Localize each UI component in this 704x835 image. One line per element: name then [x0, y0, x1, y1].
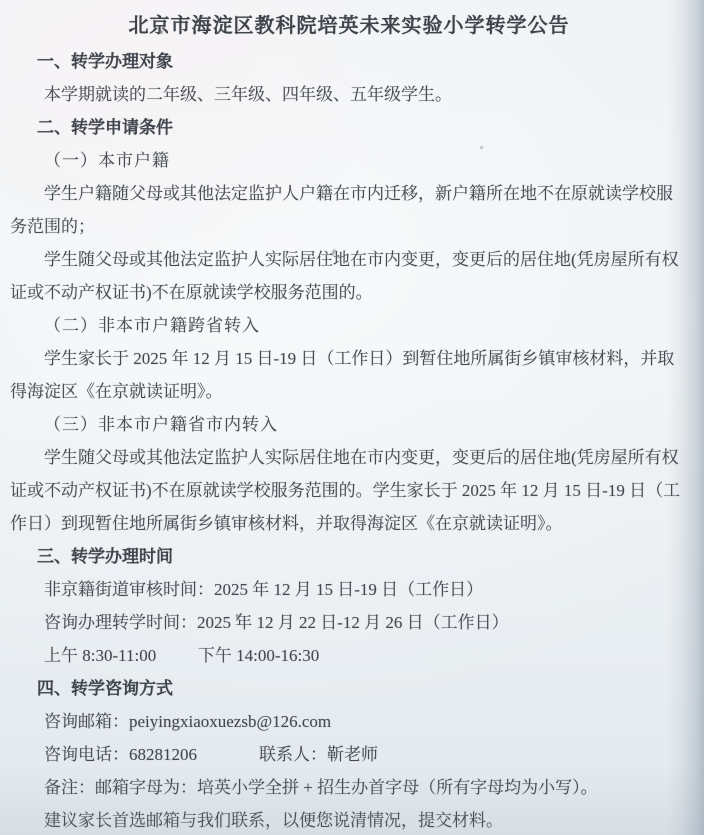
section-1-heading: 一、转学办理对象: [37, 45, 688, 78]
contact-phone: 咨询电话：68281206: [44, 745, 197, 764]
section-1-paragraph: 本学期就读的二年级、三年级、四年级、五年级学生。: [10, 78, 688, 111]
review-time-line: 非京籍街道审核时间：2025 年 12 月 15 日-19 日（工作日）: [10, 573, 688, 606]
email-note-line: 备注：邮箱字母为：培英小学全拼 + 招生办首字母（所有字母均为小写）。: [10, 771, 688, 804]
contact-email-line: 咨询邮箱：peiyingxiaoxuezsb@126.com: [10, 705, 688, 738]
office-hours-line: 上午 8:30-11:00 下午 14:00-16:30: [10, 639, 688, 672]
section-2-subheading-cross-province: （二）非本市户籍跨省转入: [10, 309, 688, 342]
contact-phone-line: 咨询电话：68281206 联系人：靳老师: [10, 738, 688, 771]
advice-line: 建议家长首选邮箱与我们联系，以便您说清情况，提交材料。: [10, 804, 688, 835]
office-hours-afternoon: 下午 14:00-16:30: [198, 646, 319, 665]
section-2-subheading-within-city: （三）非本市户籍省市内转入: [10, 408, 688, 441]
handle-time-line: 咨询办理转学时间：2025 年 12 月 22 日-12 月 26 日（工作日）: [10, 606, 688, 639]
contact-person: 联系人：靳老师: [259, 745, 378, 764]
section-2-paragraph-within-city: 学生随父母或其他法定监护人实际居住地在市内变更，变更后的居住地(凭房屋所有权证或…: [10, 441, 688, 540]
document-photo: 北京市海淀区教科院培英未来实验小学转学公告 一、转学办理对象 本学期就读的二年级…: [0, 0, 704, 835]
office-hours-morning: 上午 8:30-11:00: [44, 646, 156, 665]
section-2-paragraph-hukou-move: 学生户籍随父母或其他法定监护人户籍在市内迁移，新户籍所在地不在原就读学校服务范围…: [10, 177, 688, 243]
section-2-subheading-local-hukou: （一）本市户籍: [10, 144, 688, 177]
section-4-heading: 四、转学咨询方式: [37, 672, 688, 705]
notice-title: 北京市海淀区教科院培英未来实验小学转学公告: [10, 7, 688, 45]
section-2-heading: 二、转学申请条件: [37, 111, 688, 144]
section-3-heading: 三、转学办理时间: [37, 540, 688, 573]
notice-body: 北京市海淀区教科院培英未来实验小学转学公告 一、转学办理对象 本学期就读的二年级…: [0, 0, 704, 835]
section-2-paragraph-residence-change: 学生随父母或其他法定监护人实际居住地在市内变更，变更后的居住地(凭房屋所有权证或…: [10, 243, 688, 309]
section-2-paragraph-cross-province: 学生家长于 2025 年 12 月 15 日-19 日（工作日）到暂住地所属街乡…: [10, 342, 688, 408]
